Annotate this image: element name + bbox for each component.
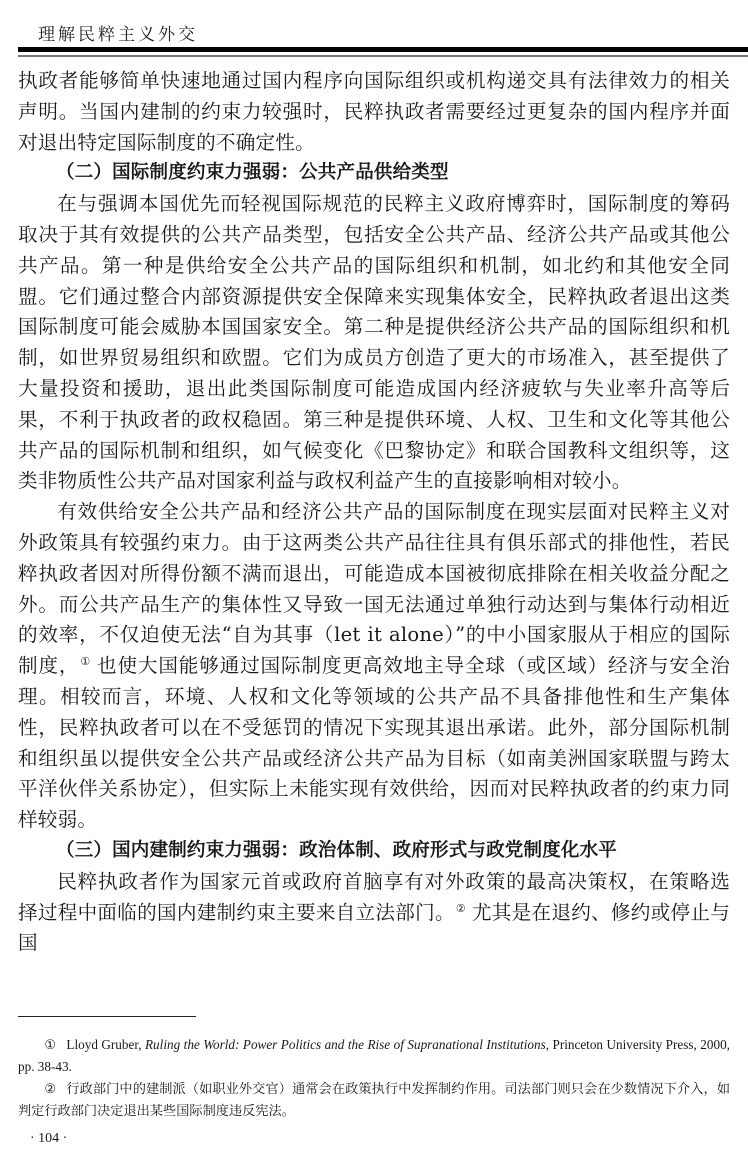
section-heading-2: （二）国际制度约束力强弱：公共产品供给类型: [18, 158, 730, 189]
running-header-title: 理解民粹主义外交: [38, 20, 198, 45]
paragraph-effective-supply: 有效供给安全公共产品和经济公共产品的国际制度在现实层面对民粹主义对外政策具有较强…: [18, 497, 730, 836]
paragraph-continuation: 执政者能够简单快速地通过国内程序向国际组织或机构递交具有法律效力的相关声明。当国…: [18, 66, 730, 158]
footnote-author: Lloyd Gruber,: [66, 1037, 145, 1052]
footnote-book-title: Ruling the World: Power Politics and the…: [145, 1037, 546, 1052]
footnote-text: 行政部门中的建制派（如职业外交官）通常会在政策执行中发挥制约作用。司法部门则只会…: [18, 1081, 730, 1118]
paragraph-text: 也使大国能够通过国际制度更高效地主导全球（或区域）经济与安全治理。相较而言，环境…: [18, 654, 730, 831]
section-heading-3: （三）国内建制约束力强弱：政治体制、政府形式与政党制度化水平: [18, 836, 730, 867]
footnote-2: ②行政部门中的建制派（如职业外交官）通常会在政策执行中发挥制约作用。司法部门则只…: [18, 1078, 730, 1121]
footnote-ref-1[interactable]: ①: [80, 655, 91, 668]
paragraph-public-goods: 在与强调本国优先而轻视国际规范的民粹主义政府博弈时，国际制度的筹码取决于其有效提…: [18, 189, 730, 497]
footnote-mark: ②: [44, 1081, 56, 1096]
header-rule-thin: [18, 55, 748, 57]
footnote-ref-2[interactable]: ②: [456, 902, 466, 915]
main-text: 执政者能够简单快速地通过国内程序向国际组织或机构递交具有法律效力的相关声明。当国…: [18, 66, 730, 959]
footnote-divider: [18, 1016, 196, 1017]
footnote-1: ①Lloyd Gruber, Ruling the World: Power P…: [18, 1034, 730, 1077]
footnotes: ①Lloyd Gruber, Ruling the World: Power P…: [18, 1034, 730, 1122]
paragraph-text: 有效供给安全公共产品和经济公共产品的国际制度在现实层面对民粹主义对外政策具有较强…: [18, 500, 730, 677]
header-rule-thick: [18, 47, 748, 52]
paragraph-domestic-constraints: 民粹执政者作为国家元首或政府首脑享有对外政策的最高决策权，在策略选择过程中面临的…: [18, 867, 730, 959]
page-number: · 104 ·: [30, 1131, 67, 1147]
footnote-mark: ①: [44, 1037, 56, 1052]
